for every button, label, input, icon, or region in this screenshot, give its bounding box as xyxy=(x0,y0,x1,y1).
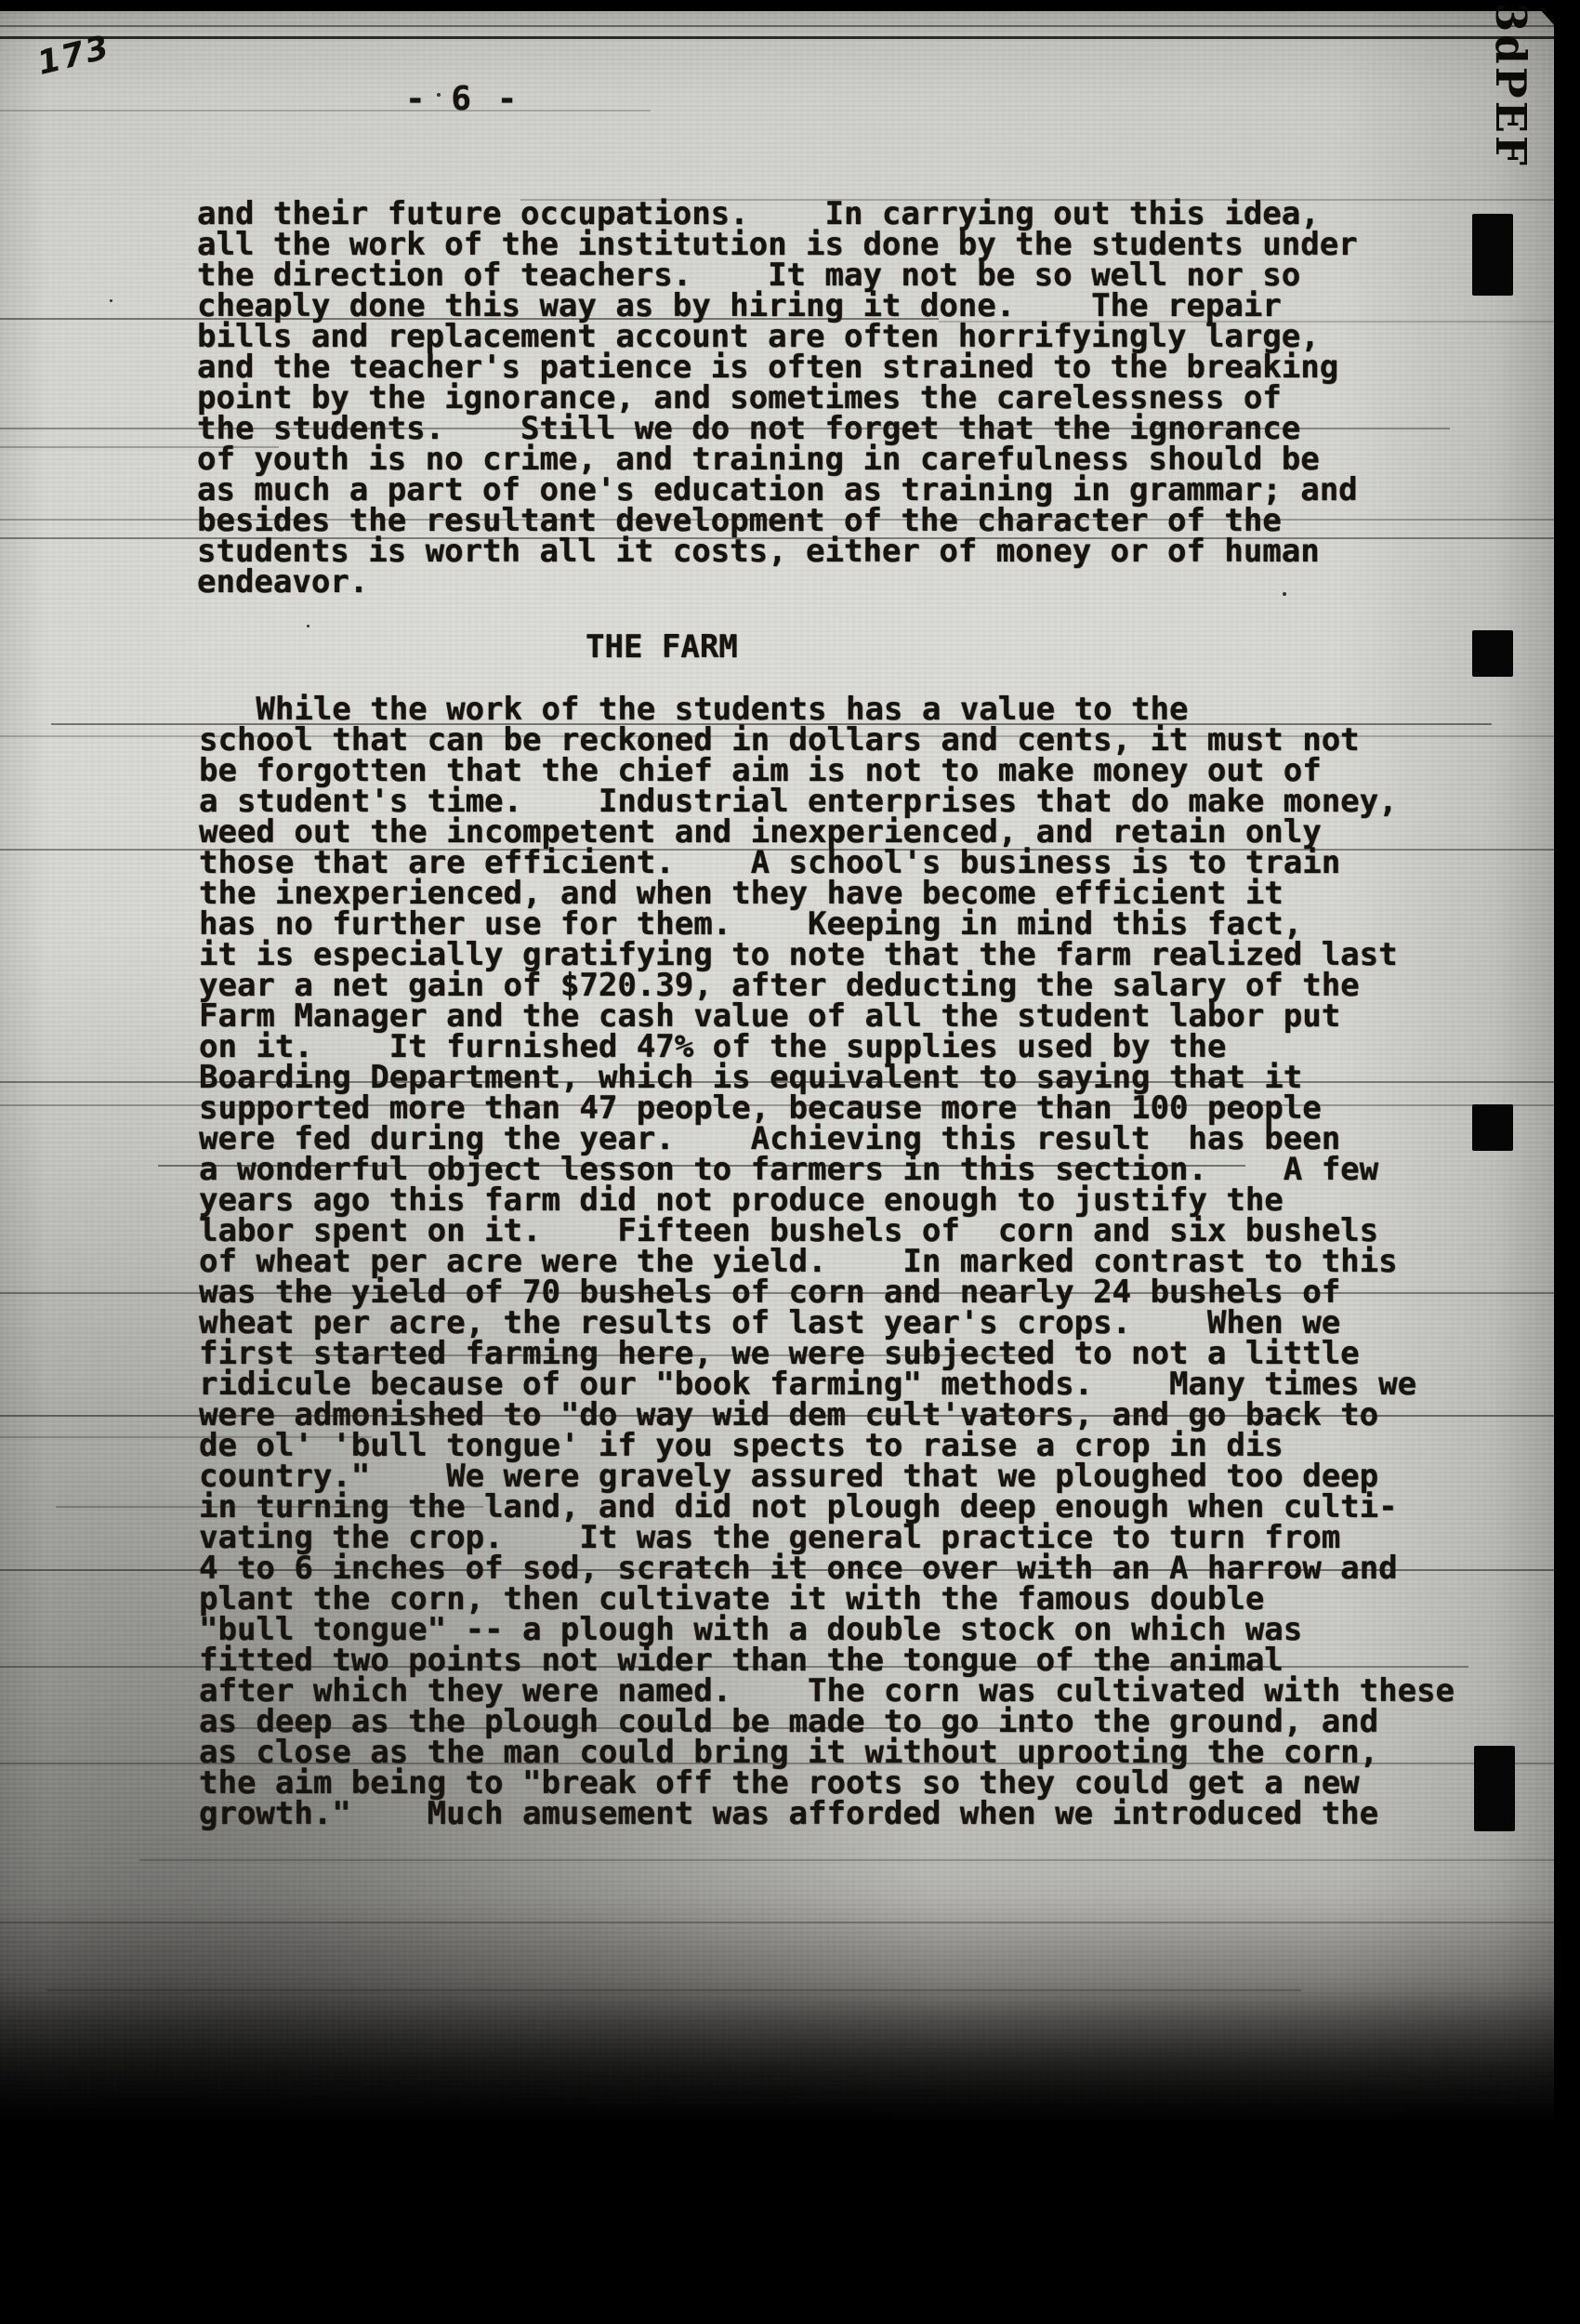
ink-speck xyxy=(307,625,309,627)
section-heading: THE FARM xyxy=(586,632,738,663)
paper-sheet: 173 - 6 - and their future occupations. … xyxy=(0,11,1556,2119)
scan-line xyxy=(0,36,1556,39)
film-index-mark xyxy=(1472,214,1513,296)
film-border-bottom xyxy=(0,2121,1580,2324)
page-number: - 6 - xyxy=(405,80,520,118)
film-index-mark xyxy=(1472,1104,1513,1151)
film-index-mark xyxy=(1474,1746,1515,1831)
film-edge-code: 3dPEF xyxy=(1488,3,1533,165)
film-index-mark xyxy=(1472,630,1513,677)
paragraph-1: and their future occupations. In carryin… xyxy=(197,199,1358,598)
scan-streak xyxy=(0,110,651,112)
ink-speck xyxy=(110,299,112,302)
scan-streak xyxy=(0,25,1556,27)
scan-streak xyxy=(139,1859,1556,1861)
film-border-bottom-fade xyxy=(0,1896,1580,2138)
paragraph-2: While the work of the students has a val… xyxy=(199,694,1455,1829)
film-border-corner xyxy=(1532,0,1580,54)
scanned-page: 173 - 6 - and their future occupations. … xyxy=(0,0,1580,2324)
